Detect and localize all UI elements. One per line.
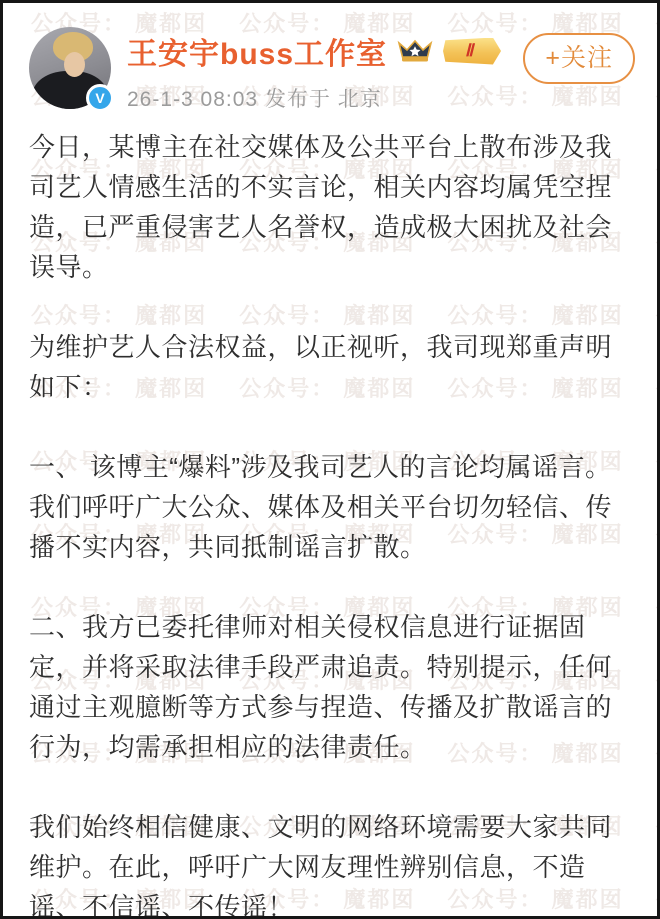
post-paragraph: 二、我方已委托律师对相关侵权信息进行证据固定，并将采取法律手段严肃追责。特别提示… [29, 607, 633, 767]
follow-button[interactable]: +关注 [523, 33, 635, 84]
post-paragraph: 为维护艺人合法权益，以正视听，我司现郑重声明如下： [29, 327, 633, 407]
avatar-face [64, 52, 85, 77]
post-paragraph: 我们始终相信健康、文明的网络环境需要大家共同维护。在此，呼吁广大网友理性辨别信息… [29, 807, 633, 919]
name-row: 王安宇buss工作室 Ⅱ [127, 29, 501, 73]
timestamp: 26-1-3 08:03 [127, 88, 258, 111]
timestamp-row: 26-1-3 08:03 发布于 北京 [127, 83, 501, 113]
vip-level-pennant[interactable]: Ⅱ [443, 38, 501, 65]
vip-level-label: Ⅱ [465, 41, 473, 61]
post-paragraph: 一、 该博主“爆料”涉及我司艺人的言论均属谣言。我们呼吁广大公众、媒体及相关平台… [29, 447, 633, 567]
username[interactable]: 王安宇buss工作室 [127, 29, 387, 73]
post-body: 今日，某博主在社交媒体及公共平台上散布涉及我司艺人情感生活的不实言论，相关内容均… [3, 113, 657, 919]
avatar[interactable]: V [29, 27, 111, 109]
crown-icon[interactable] [395, 38, 435, 65]
post-location: 发布于 北京 [265, 88, 382, 111]
verified-icon: V [86, 84, 114, 112]
post-header: V 王安宇buss工作室 Ⅱ [3, 3, 657, 113]
weibo-post-screenshot: 公众号： 魔都囡 公众号： 魔都囡 公众号： 魔都囡 公众号： 魔都囡公众号： … [0, 0, 660, 919]
post-paragraph: 今日，某博主在社交媒体及公共平台上散布涉及我司艺人情感生活的不实言论，相关内容均… [29, 127, 633, 287]
